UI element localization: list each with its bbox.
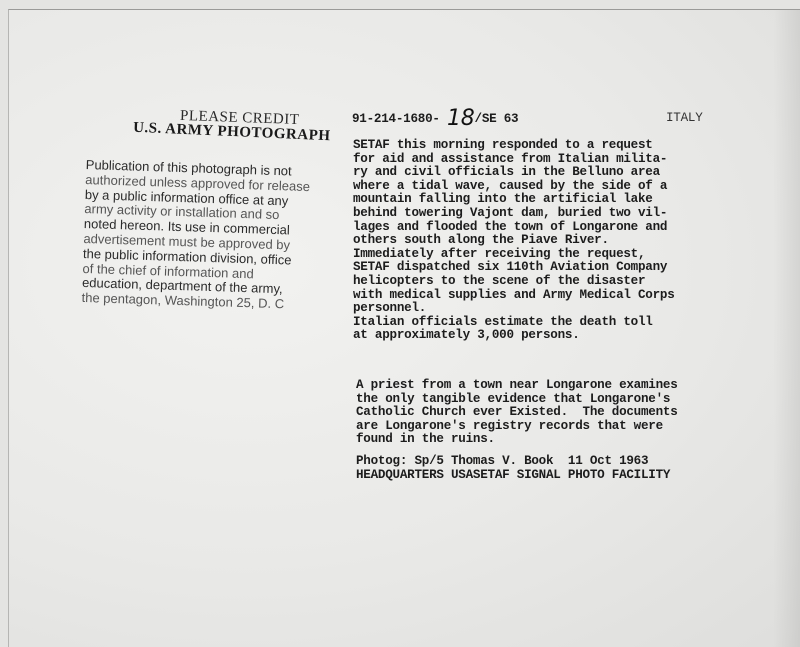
caption-line: others south along the Piave River. (353, 234, 675, 248)
caption-line: lages and flooded the town of Longarone … (353, 221, 675, 235)
photo-description: A priest from a town near Longarone exam… (356, 379, 678, 447)
reference-suffix: /SE 63 (475, 112, 519, 126)
facility-line: HEADQUARTERS USASETAF SIGNAL PHOTO FACIL… (356, 469, 670, 483)
caption-line: at approximately 3,000 persons. (353, 329, 675, 343)
stamp-publication-notice: Publication of this photograph is not au… (81, 158, 361, 315)
description-line: Catholic Church ever Existed. The docume… (356, 406, 678, 420)
description-line: are Longarone's registry records that we… (356, 420, 678, 434)
description-line: found in the ruins. (356, 433, 678, 447)
reference-number: 91-214-1680- 18/SE 63 (352, 112, 518, 127)
photographer-line: Photog: Sp/5 Thomas V. Book 11 Oct 1963 (356, 455, 670, 469)
description-line: A priest from a town near Longarone exam… (356, 379, 678, 393)
caption-line: SETAF this morning responded to a reques… (353, 139, 675, 153)
reference-prefix: 91-214-1680- (352, 112, 440, 126)
caption-line: where a tidal wave, caused by the side o… (353, 180, 675, 194)
handwritten-number: 18 (447, 106, 475, 131)
photo-credit: Photog: Sp/5 Thomas V. Book 11 Oct 1963H… (356, 455, 670, 482)
caption-line: for aid and assistance from Italian mili… (353, 153, 675, 167)
caption-line: ry and civil officials in the Belluno ar… (353, 166, 675, 180)
caption-line: Immediately after receiving the request, (353, 248, 675, 262)
caption-line: with medical supplies and Army Medical C… (353, 289, 675, 303)
description-line: the only tangible evidence that Longaron… (356, 393, 678, 407)
caption-line: helicopters to the scene of the disaster (353, 275, 675, 289)
caption-paragraph: SETAF this morning responded to a reques… (353, 139, 675, 343)
caption-line: SETAF dispatched six 110th Aviation Comp… (353, 261, 675, 275)
caption-line: mountain falling into the artificial lak… (353, 193, 675, 207)
caption-line: Italian officials estimate the death tol… (353, 316, 675, 330)
caption-line: behind towering Vajont dam, buried two v… (353, 207, 675, 221)
caption-line: personnel. (353, 302, 675, 316)
country-label: ITALY (666, 112, 703, 126)
